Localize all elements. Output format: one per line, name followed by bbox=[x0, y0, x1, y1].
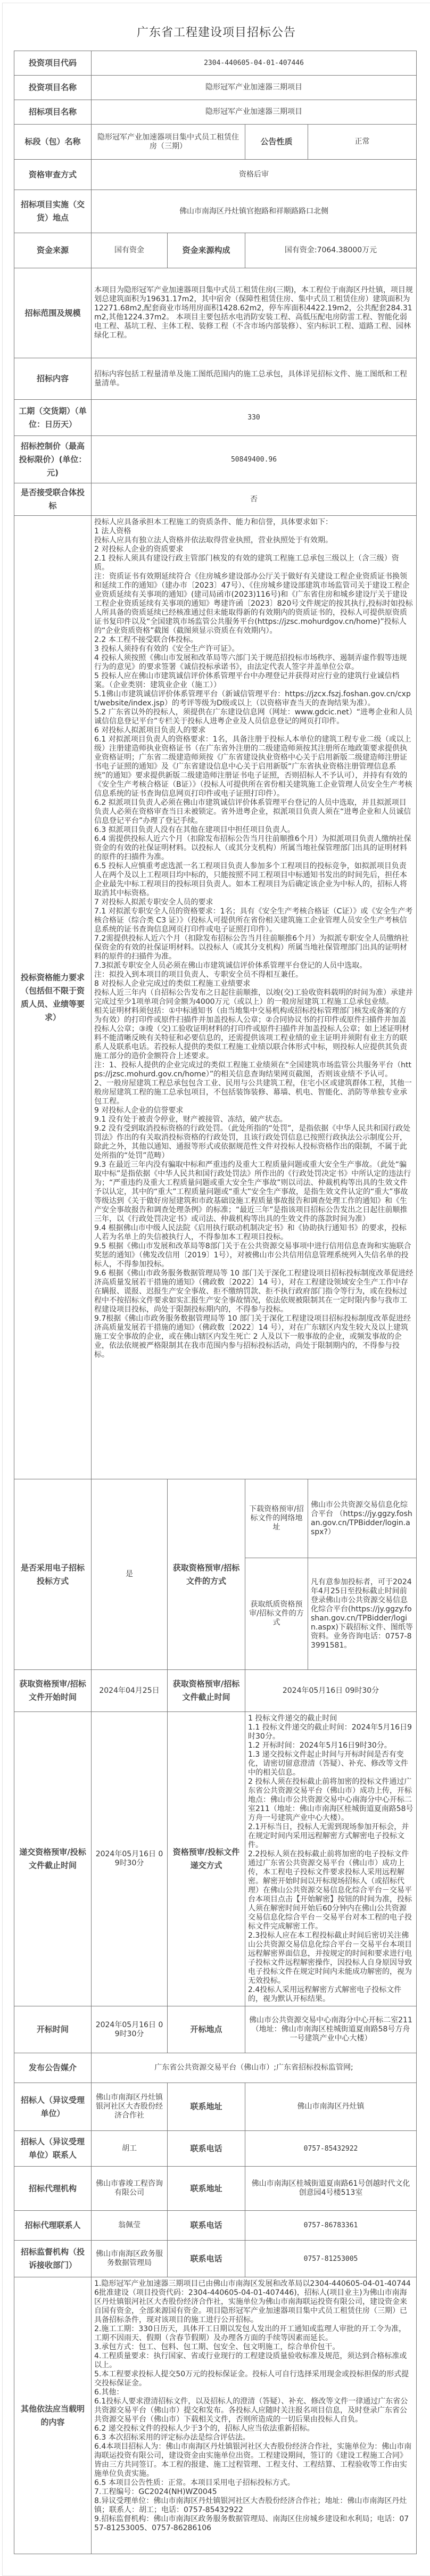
value-agency-phone: 0757-86783361 bbox=[245, 2211, 417, 2241]
paragraph-line: 6.4本项目招标人为：佛山市南海区丹灶镇银河社区大杏股份经济合作社，实施单位为：… bbox=[94, 2442, 414, 2479]
value-tender-project-name: 隐形冠军产业加速器三期项目 bbox=[92, 100, 417, 125]
label-electronic: 是否采用电子招标投标方式 bbox=[14, 1479, 92, 1670]
paragraph-line: 6.3 拟派项目负责人没有在其他在建项目中担任项目负责人。 bbox=[94, 826, 414, 835]
value-location: 佛山市南海区丹灶镇官抱路和祥顺路路口北侧 bbox=[92, 190, 417, 233]
value-agency: 佛山市睿竣工程咨询有限公司 bbox=[92, 2167, 168, 2211]
page-title: 广东省工程建设项目招标公告 bbox=[3, 23, 430, 40]
value-section-name: 隐形冠军产业加速器项目集中式员工租赁住房（三期） bbox=[92, 125, 245, 160]
notice-frame: 广东省工程建设项目招标公告 投资项目代码 2304-440605-04-01-4… bbox=[2, 3, 430, 2576]
value-doc-start: 2024年04月25日 bbox=[92, 1670, 168, 1712]
row-other: 其他依法应当载明的内容 1.隐形冠军产业加速器三期项目已由佛山市南海区发展和改革… bbox=[14, 2277, 417, 2554]
row-investment-name: 投资项目名称 隐形冠军产业加速器三期项目 bbox=[14, 76, 417, 100]
label-location: 招标项目实施（交货）地点 bbox=[14, 190, 92, 233]
value-funding: 国有资金 bbox=[92, 233, 168, 268]
paragraph-line: 2.1开标当日，投标人无需到现场参加开标会，并在规定时间内采用远程解密方式解密电… bbox=[248, 1823, 414, 1850]
paragraph-line: 9.7根据《佛山市政务服务数据管理局等 10 部门关于深化工程建设项目招标投标制… bbox=[94, 1314, 414, 1360]
value-qualification-method: 资格后审 bbox=[92, 160, 417, 190]
paragraph-line: 6.3 本次招标采用的评定标办法是综合评估法。 bbox=[94, 2433, 414, 2442]
label-agency-address: 联系地址 bbox=[168, 2167, 245, 2211]
paragraph-line: 注：拟投入到本项目的项目负责人、专职安全员不得相互兼任。 bbox=[94, 970, 414, 980]
value-tenderer: 佛山市南海区丹灶镇银河社区大杏股份经济合作社 bbox=[92, 2083, 168, 2131]
value-control-price: 50849400.96 bbox=[92, 436, 417, 483]
row-opening: 开标时间 2024年05月16日 09时30分 开标地点 佛山市公共资源交易中心… bbox=[14, 2006, 417, 2053]
paragraph-line: 9.4 根据佛山市中级人民法院《启用执行联动机制决定书》和《协助执行通知书》的要… bbox=[94, 1224, 414, 1242]
paragraph-line: 2、一般房屋建筑工程总承包包含工业、民用与公共建筑工程，住宅小区或建筑群体工程，… bbox=[94, 1079, 414, 1106]
submission-lines: 1 投标文件递交的截止时间1.1 投标文件递交的截止时间：2024年5月16日9… bbox=[248, 1714, 414, 2004]
value-submission-deadline: 2024年05月16日 09时30分 bbox=[92, 1712, 168, 2006]
row-media: 发布公告媒介 广东省公共资源交易平台（佛山市）;广东省招标投标监管网; bbox=[14, 2053, 417, 2083]
row-qualification-method: 资格审查方式 资格后审 bbox=[14, 160, 417, 190]
row-doc-time: 获取资格预审/招标文件开始时间 2024年04月25日 获取资格预审/招标文件截… bbox=[14, 1670, 417, 1712]
paragraph-line: 相关证明材料须包括：①中标通知书（由当地集中交易机构或招标投标管理部门核发或备案… bbox=[94, 1007, 414, 1061]
value-qualification-requirements: 投标人应具备承担本工程施工的资质条件、能力和信誉，具体要求如下：1 法人资格投标… bbox=[92, 516, 417, 1479]
paragraph-line: 1.隐形冠军产业加速器三期项目已由佛山市南海区发展和改革局以2304-44060… bbox=[94, 2279, 414, 2325]
value-supervisor: 佛山市南海区政务服务数据管理局 bbox=[92, 2241, 168, 2277]
label-opening-time: 开标时间 bbox=[14, 2006, 92, 2053]
value-paper-method: 凡有意参加投标者，可于2024年4月25日至投标截止时间前登录佛山市公共资源交易… bbox=[308, 1558, 417, 1670]
value-media: 广东省公共资源交易平台（佛山市）;广东省招标投标监管网; bbox=[92, 2053, 417, 2083]
row-content: 招标内容 招标内容包括工程量清单及施工图纸范围内的施工总承包，具体详见招标文件、… bbox=[14, 358, 417, 400]
row-section-name: 标段（包）名称 隐形冠军产业加速器项目集中式员工租赁住房（三期） 公告性质 正常 bbox=[14, 125, 417, 160]
paragraph-line: 3.承包方式：包工、包料、包工期、包安全、包文明施工，综合单价包干。 bbox=[94, 2343, 414, 2352]
label-supervisor: 招标监督机构（投诉接收部门） bbox=[14, 2241, 92, 2277]
row-location: 招标项目实施（交货）地点 佛山市南海区丹灶镇官抱路和祥顺路路口北侧 bbox=[14, 190, 417, 233]
paragraph-line: 4 投标人须按照《佛山市发展和改革局等六部门关于规范招投标市场秩序、遏制弄虚作假… bbox=[94, 654, 414, 672]
paragraph-line: 2 对投标人企业的资质要求 bbox=[94, 545, 414, 554]
paragraph-line: 2 投标人须在投标截止前将加密的投标文件通过广东省公共资源交易平台（佛山市）成功… bbox=[248, 1777, 414, 1823]
paragraph-line: 6.1 对拟派项目负责人的资格要求：1名，具备注册于投标人本单位的建筑工程专业二… bbox=[94, 735, 414, 799]
value-tenderer-address: 佛山市南海区丹灶镇 bbox=[245, 2083, 417, 2131]
paragraph-line: 8 对投标人企业完成过的类似工程施工业绩要求 bbox=[94, 980, 414, 989]
label-agency-phone: 联系电话 bbox=[168, 2211, 245, 2241]
value-consortium: 否 bbox=[92, 483, 417, 516]
label-investment-name: 投资项目名称 bbox=[14, 76, 92, 100]
value-funding-composition: 国有资金:7064.38000万元 bbox=[245, 233, 417, 268]
row-agency: 招标代理机构 佛山市睿竣工程咨询有限公司 联系地址 佛山市南海区桂城街道夏南路6… bbox=[14, 2167, 417, 2211]
value-other: 1.隐形冠军产业加速器三期项目已由佛山市南海区发展和改革局以2304-44060… bbox=[92, 2277, 417, 2554]
paragraph-line: 1.3 递交投标文件起止时间与开标时间是否有变化，请密切留意澄清（答疑）、补充、… bbox=[248, 1750, 414, 1777]
label-media: 发布公告媒介 bbox=[14, 2053, 92, 2083]
row-scope: 招标范围及规模 本项目为隐形冠军产业加速器项目集中式员工租赁住房(三期)，本工程… bbox=[14, 268, 417, 358]
paragraph-line: 投标人应具备承担本工程施工的资质条件、能力和信誉，具体要求如下： bbox=[94, 518, 414, 527]
paragraph-line: 5.本工程要求投标人提交50万元的投标保证金。投标人可自行选择采用现金或投标担保… bbox=[94, 2370, 414, 2388]
label-section-name: 标段（包）名称 bbox=[14, 125, 92, 160]
value-electronic: 是 bbox=[92, 1479, 168, 1670]
paragraph-line: 6.2 拟派项目负责人必须在佛山市建筑诚信评价体系管理平台登记的人员中选取，并且… bbox=[94, 799, 414, 826]
label-investment-code: 投资项目代码 bbox=[14, 51, 92, 76]
label-qualification-requirements: 投标资格能力要求（包括但不限于资质人员、业绩等要求） bbox=[14, 516, 92, 1479]
value-investment-code: 2304-440605-04-01-407446 bbox=[92, 51, 417, 76]
row-investment-code: 投资项目代码 2304-440605-04-01-407446 bbox=[14, 51, 417, 76]
row-consortium: 是否接受联合体投标 否 bbox=[14, 483, 417, 516]
paragraph-line: 9.3 在最近三年内没有骗取中标和严重违约及重大工程质量问题或重大安全生产事故。… bbox=[94, 1161, 414, 1224]
paragraph-line: 9.5 根据《佛山市发展和改革局等8部门关于在公共资源交易事项中进行信用信息查询… bbox=[94, 1242, 414, 1269]
label-tenderer: 招标人（异议受理单位） bbox=[14, 2083, 92, 2131]
paragraph-line: 9.招标监督机构：佛山市南海区政务服务数据管理局、南海区住房城乡建设和水利局；电… bbox=[94, 2515, 414, 2533]
paragraph-line: 5 投标人应在佛山市建筑诚信评价体系管理平台中办理登记并获得对应行业的建筑行业诚… bbox=[94, 672, 414, 690]
paragraph-line: 6.5 投标人应慎重考虑选派一名工程项目负责人参加多个工程项目的投标竞争，如拟派… bbox=[94, 862, 414, 898]
notice-table: 投资项目代码 2304-440605-04-01-407446 投资项目名称 隐… bbox=[14, 51, 417, 2554]
label-submission-deadline: 递交资格预审/投标文件截止时间 bbox=[14, 1712, 92, 2006]
paragraph-line: 7.工程编号：GC2024(NH)WZ0045 bbox=[94, 2488, 414, 2497]
value-tenderer-phone: 0757-85432922 bbox=[245, 2131, 417, 2167]
paragraph-line: 投标人应具有独立法人资格并依法取得营业执照，营业执照处于有效期。 bbox=[94, 536, 414, 545]
paragraph-line: 6 对投标人拟派项目负责人的要求 bbox=[94, 726, 414, 735]
label-other: 其他依法应当载明的内容 bbox=[14, 2277, 92, 2554]
label-scope: 招标范围及规模 bbox=[14, 268, 92, 358]
row-funding: 资金来源 国有资金 资金来源构成 国有资金:7064.38000万元 bbox=[14, 233, 417, 268]
label-agency-contact: 招标代理联系人 bbox=[14, 2211, 92, 2241]
paragraph-line: 5.2 广东省以外的投标人，须提供在广东建设信息网（网址：www.gdcic.n… bbox=[94, 708, 414, 726]
label-download-address: 下载资格预审/招标文件的网络地址 bbox=[245, 1479, 308, 1558]
paragraph-line: 6.5 本项目公告性质：正常。本项目采用电子招标投标方式。 bbox=[94, 2479, 414, 2488]
paragraph-line: 1 投标文件递交的截止时间 bbox=[248, 1714, 414, 1723]
label-funding: 资金来源 bbox=[14, 233, 92, 268]
paragraph-line: 2.4投标人采用远程解密方式解密电子投标文件的，视为默认开标结果。 bbox=[248, 1986, 414, 2004]
label-tenderer-contact: 招标人（异议受理单位）联系人 bbox=[14, 2131, 92, 2167]
qualification-lines: 投标人应具备承担本工程施工的资质条件、能力和信誉，具体要求如下：1 法人资格投标… bbox=[94, 518, 414, 1360]
paragraph-line: 4.工程质量要求：执行国家、省或行业现行的工程建设质量验收标准及规范，须达到合格… bbox=[94, 2352, 414, 2370]
value-notice-nature: 正常 bbox=[308, 125, 417, 160]
row-submission: 递交资格预审/投标文件截止时间 2024年05月16日 09时30分 资格预审/… bbox=[14, 1712, 417, 2006]
value-investment-name: 隐形冠军产业加速器三期项目 bbox=[92, 76, 417, 100]
value-duration: 330 bbox=[92, 400, 417, 436]
row-tenderer-contact: 招标人（异议受理单位）联系人 胡工 联系电话 0757-85432922 bbox=[14, 2131, 417, 2167]
label-doc-method: 获取资格预审/招标文件的方式 bbox=[168, 1479, 245, 1670]
label-doc-end: 获取资格预审/招标文件截止时间 bbox=[168, 1670, 245, 1712]
label-supervisor-phone: 联系电话 bbox=[168, 2241, 245, 2277]
value-opening-time: 2024年05月16日 09时30分 bbox=[92, 2006, 168, 2053]
row-duration: 工期（交货期）（单位：日历天） 330 bbox=[14, 400, 417, 436]
paragraph-line: 6.1投标人要求澄清招标文件，以及招标人的澄清（答疑）、补充、修改等文件一律通过… bbox=[94, 2397, 414, 2424]
label-funding-composition: 资金来源构成 bbox=[168, 233, 245, 268]
label-duration: 工期（交货期）（单位：日历天） bbox=[14, 400, 92, 436]
paragraph-line: 注：1、投标人提供的企业完成过的类似工程施工业绩须在“全国建筑市场监管公共服务平… bbox=[94, 1061, 414, 1079]
label-doc-start: 获取资格预审/招标文件开始时间 bbox=[14, 1670, 92, 1712]
value-supervisor-phone: 0757-81253005 bbox=[245, 2241, 417, 2277]
row-electronic-download: 是否采用电子招标投标方式 是 获取资格预审/招标文件的方式 下载资格预审/招标文… bbox=[14, 1479, 417, 1558]
paragraph-line: 9 对投标人企业的信誉要求 bbox=[94, 1106, 414, 1115]
label-opening-place: 开标地点 bbox=[168, 2006, 245, 2053]
row-qualification-requirements: 投标资格能力要求（包括但不限于资质人员、业绩等要求） 投标人应具备承担本工程施工… bbox=[14, 516, 417, 1479]
value-agency-contact: 翁佩莹 bbox=[92, 2211, 168, 2241]
label-qualification-method: 资格审查方式 bbox=[14, 160, 92, 190]
paragraph-line: 注：资质证书有效期延续符合《住房城乡建设部办公厅关于做好有关建设工程企业资质证书… bbox=[94, 572, 414, 636]
label-agency: 招标代理机构 bbox=[14, 2167, 92, 2211]
row-agency-contact: 招标代理联系人 翁佩莹 联系电话 0757-86783361 bbox=[14, 2211, 417, 2241]
paragraph-line: 9.1 没有处于被责令停业，财产被接管、冻结，破产状态。 bbox=[94, 1115, 414, 1124]
paragraph-line: 1 法人资格 bbox=[94, 527, 414, 536]
row-control-price: 招标控制价（最高投标限价）(单位：元) 50849400.96 bbox=[14, 436, 417, 483]
paragraph-line: 9.2 没有受到取消投标资格的行政处罚。（此处所指的“处罚”，是指依据《中华人民… bbox=[94, 1124, 414, 1161]
paragraph-line: 2.2投标人须在投标截止前将加密的电子投标文件通过广东省公共资源交易平台（佛山市… bbox=[248, 1850, 414, 1931]
paragraph-line: 7.3拟派专职安全人员必须在佛山市建筑诚信评价体系管理平台登记的人员中选取。 bbox=[94, 961, 414, 970]
paragraph-line: 1.2 开标时间：2024年5月16日9时30分。 bbox=[248, 1741, 414, 1750]
row-tenderer: 招标人（异议受理单位） 佛山市南海区丹灶镇银河社区大杏股份经济合作社 联系地址 … bbox=[14, 2083, 417, 2131]
label-control-price: 招标控制价（最高投标限价）(单位：元) bbox=[14, 436, 92, 483]
label-tender-project-name: 招标项目名称 bbox=[14, 100, 92, 125]
value-doc-end: 2024年05月16日 09时30分 bbox=[245, 1670, 417, 1712]
paragraph-line: 5.1佛山市建筑诚信评价体系管理平台（新诚信管理平台：https://jzcx.… bbox=[94, 690, 414, 708]
paragraph-line: 3 投标人须持有有效的《安全生产许可证》。 bbox=[94, 645, 414, 654]
value-content: 招标内容包括工程量清单及施工图纸范围内的施工总承包，具体详见招标文件、施工图纸和… bbox=[92, 358, 417, 400]
value-download-address[interactable]: 佛山市公共资源交易信息化综合平台 （https://jy.ggzy.foshan… bbox=[308, 1479, 417, 1558]
paragraph-line: 6.2 递交投标文件的投标人少于3个的，招标人应当依法重新招标。 bbox=[94, 2424, 414, 2433]
paragraph-line: 2.1 投标人须具有建设行政主管部门核发的有效的建筑工程施工总承包三级以上（含三… bbox=[94, 554, 414, 572]
label-content: 招标内容 bbox=[14, 358, 92, 400]
paragraph-line: 8.异议受理单位：佛山市南海区丹灶镇银河社区大杏股份经济合作社；地址：佛山市南海… bbox=[94, 2497, 414, 2515]
value-tenderer-contact: 胡工 bbox=[92, 2131, 168, 2167]
other-lines: 1.隐形冠军产业加速器三期项目已由佛山市南海区发展和改革局以2304-44060… bbox=[94, 2279, 414, 2533]
paragraph-line: 6.4 需提供投标人近六个月（扣除发布招标公告当月往前顺推6个月）为拟派项目负责… bbox=[94, 835, 414, 862]
paragraph-line: 投标人近三年内（自招标公告发布之日起往前顺推，以竣(交)工验收资料载明的时间为准… bbox=[94, 989, 414, 1007]
paragraph-line: 7.1 对拟派专职安全人员的资格要求：1名；具有《安全生产考核合格证（C证）》或… bbox=[94, 907, 414, 934]
label-tenderer-phone: 联系电话 bbox=[168, 2131, 245, 2167]
label-notice-nature: 公告性质 bbox=[245, 125, 308, 160]
value-submission-method: 1 投标文件递交的截止时间1.1 投标文件递交的截止时间：2024年5月16日9… bbox=[245, 1712, 417, 2006]
paragraph-line: 7.2需提供投标人近六个月（扣除发布招标公告当月往前顺推6个月）为拟派专职安全人… bbox=[94, 934, 414, 961]
paragraph-line: 2.3投标人应在本工程投标截止时间后密切关注佛山公共资源交易信息化综合平台－交易… bbox=[248, 1931, 414, 1986]
paragraph-line: 1.1 投标文件递交的截止时间：2024年5月16日9时30分。 bbox=[248, 1723, 414, 1741]
paragraph-line: 9.6 根据《佛山市政务服务数据管理局等 10 部门关于深化工程建设项目招标投标… bbox=[94, 1269, 414, 1314]
label-tenderer-address: 联系地址 bbox=[168, 2083, 245, 2131]
label-paper-method: 获取纸质资格预审/招标文件的方式 bbox=[245, 1558, 308, 1670]
value-scope: 本项目为隐形冠军产业加速器项目集中式员工租赁住房(三期)，本工程位于南海区丹灶镇… bbox=[92, 268, 417, 358]
paragraph-line: 6.其他： bbox=[94, 2388, 414, 2397]
label-consortium: 是否接受联合体投标 bbox=[14, 483, 92, 516]
paragraph-line: 7 对投标人拟派专职安全人员的要求 bbox=[94, 898, 414, 907]
row-supervisor: 招标监督机构（投诉接收部门） 佛山市南海区政务服务数据管理局 联系电话 0757… bbox=[14, 2241, 417, 2277]
value-opening-place: 佛山市公共资源交易中心南海分中心开标二室211（地址：佛山市南海区桂城街道夏南路… bbox=[245, 2006, 417, 2053]
paragraph-line: 2.施工工期：330日历天，具体开工日期以发包人发出的开工通知或监理人审批的开工… bbox=[94, 2325, 414, 2343]
value-agency-address: 佛山市南海区桂城街道夏南路61号创越时代文化创意园4号楼513室 bbox=[245, 2167, 417, 2211]
paragraph-line: 2.2 本工程不接受联合体投标。 bbox=[94, 636, 414, 645]
label-submission-method: 资格预审/投标文件递交方式 bbox=[168, 1712, 245, 2006]
row-tender-project-name: 招标项目名称 隐形冠军产业加速器三期项目 bbox=[14, 100, 417, 125]
